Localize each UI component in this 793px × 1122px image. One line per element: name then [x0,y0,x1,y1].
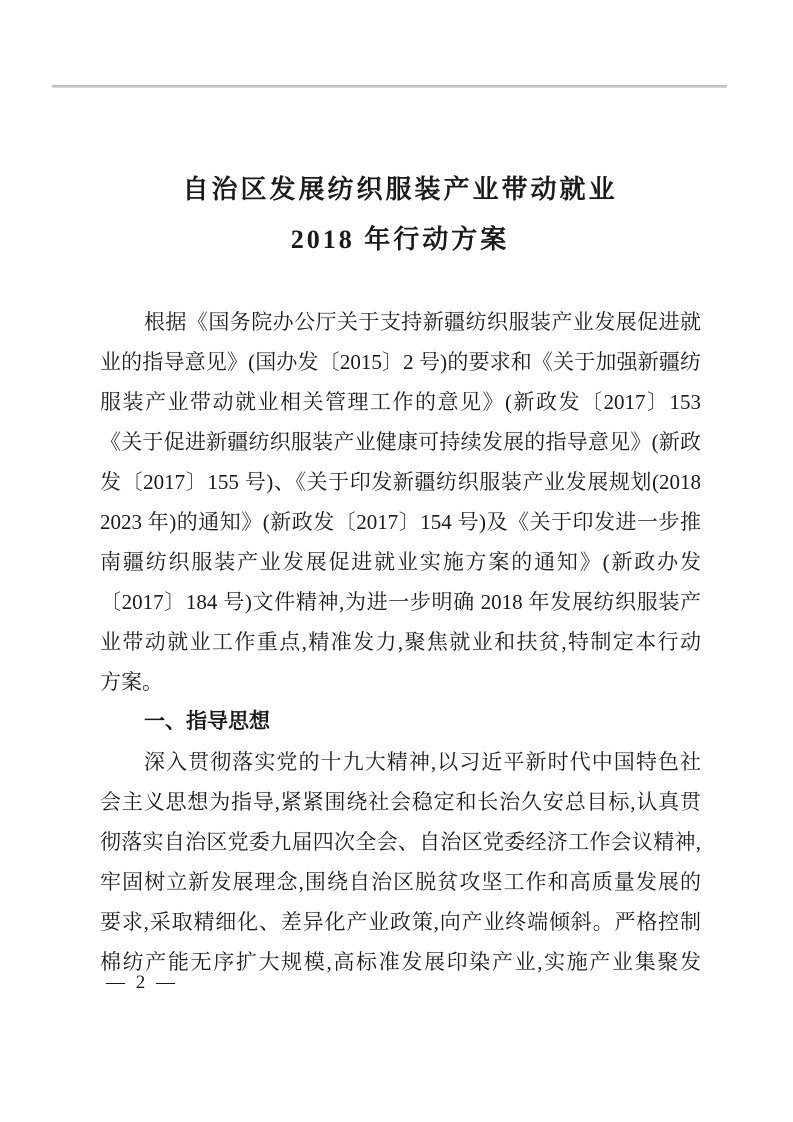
body-line: 彻落实自治区党委九届四次全会、自治区党委经济工作会议精神, [100,822,701,862]
header-divider [52,85,727,88]
body-line: 2023 年)的通知》(新政发〔2017〕154 号)及《关于印发进一步推动 [100,502,701,542]
body-line: 方案。 [100,662,701,702]
body-line: 业带动就业工作重点,精准发力,聚焦就业和扶贫,特制定本行动 [100,622,701,662]
body-line: 服装产业带动就业相关管理工作的意见》(新政发〔2017〕153 号)、 [100,382,701,422]
title-line-1: 自治区发展纺织服装产业带动就业 [96,165,704,215]
body-line: 《关于促进新疆纺织服装产业健康可持续发展的指导意见》(新政 [100,422,701,462]
body-line: 业的指导意见》(国办发〔2015〕2 号)的要求和《关于加强新疆纺织 [100,342,701,382]
body-line: 牢固树立新发展理念,围绕自治区脱贫攻坚工作和高质量发展的 [100,862,701,902]
section-heading: 一、指导思想 [100,702,701,742]
body-line: 南疆纺织服装产业发展促进就业实施方案的通知》(新政办发 [100,542,701,582]
document-body: 根据《国务院办公厅关于支持新疆纺织服装产业发展促进就业的指导意见》(国办发〔20… [100,302,701,982]
body-line: 深入贯彻落实党的十九大精神,以习近平新时代中国特色社 [100,742,701,782]
document-page: 自治区发展纺织服装产业带动就业 2018 年行动方案 根据《国务院办公厅关于支持… [0,0,793,1122]
body-line: 〔2017〕184 号)文件精神,为进一步明确 2018 年发展纺织服装产 [100,582,701,622]
document-title: 自治区发展纺织服装产业带动就业 2018 年行动方案 [96,165,704,265]
body-line: 发〔2017〕155 号)、《关于印发新疆纺织服装产业发展规划(2018－ [100,462,701,502]
body-line: 根据《国务院办公厅关于支持新疆纺织服装产业发展促进就 [100,302,701,342]
title-line-2: 2018 年行动方案 [96,215,704,265]
page-number: — 2 — [106,972,178,994]
body-line: 要求,采取精细化、差异化产业政策,向产业终端倾斜。严格控制 [100,902,701,942]
body-line: 棉纺产能无序扩大规模,高标准发展印染产业,实施产业集聚发 [100,942,701,982]
body-line: 会主义思想为指导,紧紧围绕社会稳定和长治久安总目标,认真贯 [100,782,701,822]
